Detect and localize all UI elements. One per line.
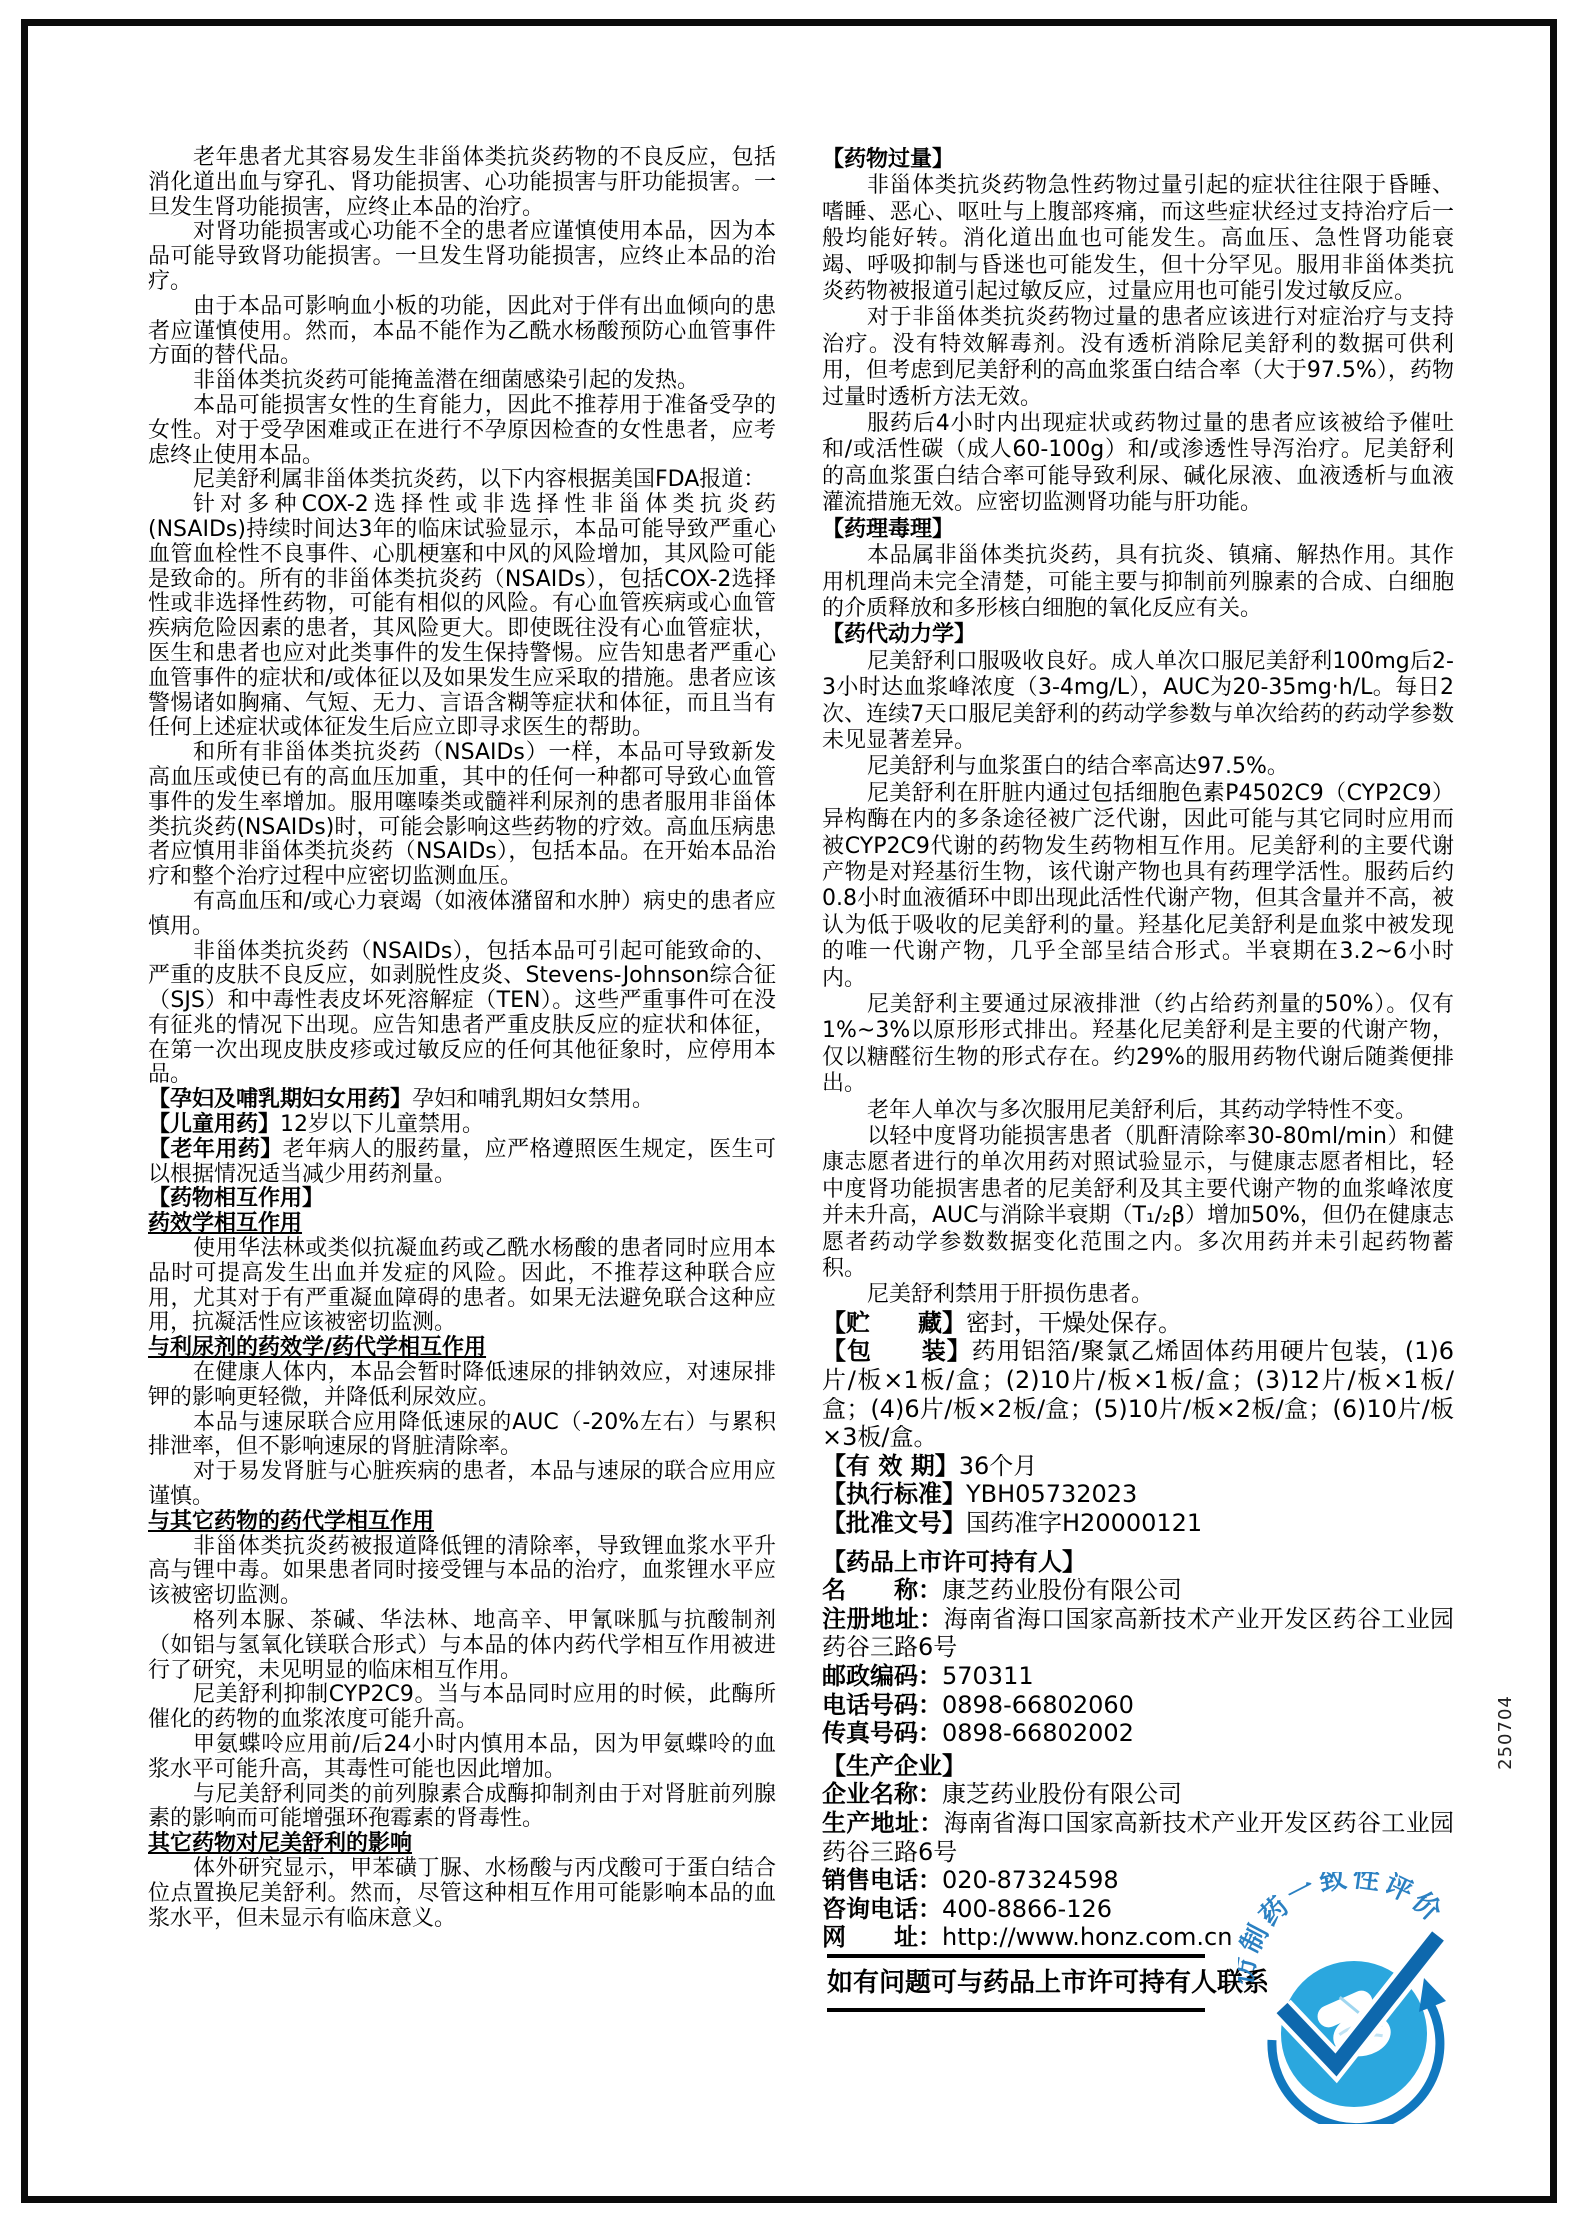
- paragraph: 尼美舒利属非甾体类抗炎药，以下内容根据美国FDA报道：: [148, 468, 776, 493]
- paragraph: 尼美舒利主要通过尿液排泄（约占给药剂量的50%）。仅有1%~3%以原形形式排出。…: [822, 992, 1454, 1098]
- subsection-other-drugs-interactions: 与其它药物的药代学相互作用: [148, 1510, 776, 1535]
- paragraph: 本品属非甾体类抗炎药，具有抗炎、镇痛、解热作用。其作用机理尚未完全清楚，可能主要…: [822, 543, 1454, 622]
- phone-label: 电话号码：: [822, 1691, 942, 1719]
- paragraph: 有高血压和/或心力衰竭（如液体潴留和水肿）病史的患者应慎用。: [148, 890, 776, 940]
- paragraph: 针对多种COX-2选择性或非选择性非甾体类抗炎药(NSAIDs)持续时间达3年的…: [148, 493, 776, 741]
- approval-number-label: 【批准文号】: [822, 1509, 966, 1537]
- subsection-pharmacodynamic-interactions: 药效学相互作用: [148, 1212, 776, 1237]
- batch-number: 250704: [1495, 1695, 1516, 1770]
- section-pharmacokinetics: 【药代动力学】: [822, 622, 1454, 648]
- approval-number-row: 【批准文号】国药准字H20000121: [822, 1509, 1454, 1538]
- section-manufacturer: 【生产企业】: [822, 1752, 1454, 1781]
- holder-name-label: 名 称：: [822, 1576, 942, 1604]
- paragraph: 尼美舒利禁用于肝损伤患者。: [822, 1282, 1454, 1308]
- fax-row: 传真号码：0898-66802002: [822, 1719, 1454, 1748]
- sales-phone-value: 020-87324598: [942, 1866, 1119, 1894]
- section-marketing-authorization-holder: 【药品上市许可持有人】: [822, 1548, 1454, 1577]
- holder-name-row: 名 称：康芝药业股份有限公司: [822, 1576, 1454, 1605]
- section-pharmacology-toxicology: 【药理毒理】: [822, 517, 1454, 543]
- manufacturer-name-label: 企业名称：: [822, 1780, 942, 1808]
- section-text: 孕妇和哺乳期妇女禁用。: [412, 1087, 654, 1112]
- section-pregnancy: 【孕妇及哺乳期妇女用药】孕妇和哺乳期妇女禁用。: [148, 1088, 776, 1113]
- website-label: 网 址：: [822, 1923, 942, 1951]
- standard-value: YBH05732023: [966, 1480, 1137, 1508]
- paragraph: 格列本脲、茶碱、华法林、地高辛、甲氰咪胍与抗酸制剂（如铝与氢氧化镁联合形式）与本…: [148, 1609, 776, 1683]
- shelf-life-row: 【有 效 期】36个月: [822, 1452, 1454, 1481]
- storage-value: 密封，干燥处保存。: [966, 1309, 1182, 1337]
- paragraph: 非甾体类抗炎药（NSAIDs），包括本品可引起可能致命的、严重的皮肤不良反应，如…: [148, 940, 776, 1089]
- paragraph: 尼美舒利与血浆蛋白的结合率高达97.5%。: [822, 754, 1454, 780]
- section-elderly: 【老年用药】老年病人的服药量，应严格遵照医生规定，医生可以根据情况适当减少用药剂…: [148, 1138, 776, 1188]
- packaging-label: 【包 装】: [822, 1337, 972, 1365]
- holder-address-label: 注册地址：: [822, 1605, 944, 1633]
- manufacturer-name-row: 企业名称：康芝药业股份有限公司: [822, 1780, 1454, 1809]
- standard-label: 【执行标准】: [822, 1480, 966, 1508]
- paragraph: 以轻中度肾功能损害患者（肌酐清除率30-80ml/min）和健康志愿者进行的单次…: [822, 1124, 1454, 1282]
- paragraph: 与尼美舒利同类的前列腺素合成酶抑制剂由于对肾脏前列腺素的影响而可能增强环孢霉素的…: [148, 1783, 776, 1833]
- paragraph: 老年患者尤其容易发生非甾体类抗炎药物的不良反应，包括消化道出血与穿孔、肾功能损害…: [148, 146, 776, 220]
- section-header: 【老年用药】: [148, 1137, 283, 1162]
- phone-value: 0898-66802060: [942, 1691, 1134, 1719]
- consistency-evaluation-logo: 仿制药一致性评价: [1238, 1872, 1470, 2124]
- paragraph: 由于本品可影响血小板的功能，因此对于伴有出血倾向的患者应谨慎使用。然而，本品不能…: [148, 295, 776, 369]
- contact-note-text: 如有问题可与药品上市许可持有人联系: [827, 1968, 1205, 1998]
- fax-label: 传真号码：: [822, 1719, 942, 1747]
- paragraph: 尼美舒利抑制CYP2C9。当与本品同时应用的时候，此酶所催化的药物的血浆浓度可能…: [148, 1683, 776, 1733]
- subsection-diuretics-interactions: 与利尿剂的药效学/药代学相互作用: [148, 1336, 776, 1361]
- section-header: 【孕妇及哺乳期妇女用药】: [148, 1087, 412, 1112]
- paragraph: 非甾体类抗炎药被报道降低锂的清除率，导致锂血浆水平升高与锂中毒。如果患者同时接受…: [148, 1535, 776, 1609]
- postal-code-value: 570311: [942, 1662, 1034, 1690]
- paragraph: 服药后4小时内出现症状或药物过量的患者应该被给予催吐和/或活性碳（成人60-10…: [822, 411, 1454, 517]
- approval-number-value: 国药准字H20000121: [966, 1509, 1202, 1537]
- paragraph: 对于非甾体类抗炎药物过量的患者应该进行对症治疗与支持治疗。没有特效解毒剂。没有透…: [822, 305, 1454, 411]
- manufacturer-name-value: 康芝药业股份有限公司: [942, 1780, 1182, 1808]
- manufacturer-address-row: 生产地址：海南省海口国家高新技术产业开发区药谷工业园药谷三路6号: [822, 1809, 1454, 1866]
- postal-code-label: 邮政编码：: [822, 1662, 942, 1690]
- postal-code-row: 邮政编码：570311: [822, 1662, 1454, 1691]
- divider: [827, 1954, 1205, 1958]
- subsection-effects-on-nimesulide: 其它药物对尼美舒利的影响: [148, 1832, 776, 1857]
- paragraph: 和所有非甾体类抗炎药（NSAIDs）一样，本品可导致新发高血压或使已有的高血压加…: [148, 741, 776, 890]
- paragraph: 本品与速尿联合应用降低速尿的AUC（-20%左右）与累积排泄率，但不影响速尿的肾…: [148, 1411, 776, 1461]
- paragraph: 对于易发肾脏与心脏疾病的患者，本品与速尿的联合应用应谨慎。: [148, 1460, 776, 1510]
- paragraph: 甲氨蝶呤应用前/后24小时内慎用本品，因为甲氨蝶呤的血浆水平可能升高，其毒性可能…: [148, 1733, 776, 1783]
- storage-row: 【贮 藏】密封，干燥处保存。: [822, 1309, 1454, 1338]
- shelf-life-label: 【有 效 期】: [822, 1452, 959, 1480]
- manufacturer-address-label: 生产地址：: [822, 1809, 944, 1837]
- paragraph: 使用华法林或类似抗凝血药或乙酰水杨酸的患者同时应用本品时可提高发生出血并发症的风…: [148, 1237, 776, 1336]
- paragraph: 在健康人体内，本品会暂时降低速尿的排钠效应，对速尿排钾的影响更轻微，并降低利尿效…: [148, 1361, 776, 1411]
- sales-phone-label: 销售电话：: [822, 1866, 942, 1894]
- packaging-row: 【包 装】药用铝箔/聚氯乙烯固体药用硬片包装，(1)6片/板×1板/盒；(2)1…: [822, 1337, 1454, 1451]
- paragraph: 尼美舒利在肝脏内通过包括细胞色素P4502C9（CYP2C9）异构酶在内的多条途…: [822, 781, 1454, 992]
- paragraph: 非甾体类抗炎药可能掩盖潜在细菌感染引起的发热。: [148, 369, 776, 394]
- paragraph: 本品可能损害女性的生育能力，因此不推荐用于准备受孕的女性。对于受孕困难或正在进行…: [148, 394, 776, 468]
- hotline-value: 400-8866-126: [942, 1895, 1112, 1923]
- paragraph: 对肾功能损害或心功能不全的患者应谨慎使用本品，因为本品可能导致肾功能损害。一旦发…: [148, 220, 776, 294]
- storage-label: 【贮 藏】: [822, 1309, 966, 1337]
- shelf-life-value: 36个月: [959, 1452, 1038, 1480]
- paragraph: 非甾体类抗炎药物急性药物过量引起的症状往往限于昏睡、嗜睡、恶心、呕吐与上腹部疼痛…: [822, 173, 1454, 305]
- website-value: http://www.honz.com.cn: [942, 1923, 1232, 1951]
- product-info-block: 【贮 藏】密封，干燥处保存。 【包 装】药用铝箔/聚氯乙烯固体药用硬片包装，(1…: [822, 1309, 1454, 1952]
- paragraph: 尼美舒利口服吸收良好。成人单次口服尼美舒利100mg后2-3小时达血浆峰浓度（3…: [822, 649, 1454, 755]
- left-column: 老年患者尤其容易发生非甾体类抗炎药物的不良反应，包括消化道出血与穿孔、肾功能损害…: [148, 146, 776, 1931]
- right-column: 【药物过量】 非甾体类抗炎药物急性药物过量引起的症状往往限于昏睡、嗜睡、恶心、呕…: [822, 147, 1454, 1952]
- paragraph: 老年人单次与多次服用尼美舒利后，其药动学特性不变。: [822, 1098, 1454, 1124]
- hotline-label: 咨询电话：: [822, 1895, 942, 1923]
- holder-address-row: 注册地址：海南省海口国家高新技术产业开发区药谷工业园药谷三路6号: [822, 1605, 1454, 1662]
- paragraph: 体外研究显示，甲苯磺丁脲、水杨酸与丙戊酸可于蛋白结合位点置换尼美舒利。然而，尽管…: [148, 1857, 776, 1931]
- holder-name-value: 康芝药业股份有限公司: [942, 1576, 1182, 1604]
- section-text: 12岁以下儿童禁用。: [280, 1112, 484, 1137]
- section-children: 【儿童用药】12岁以下儿童禁用。: [148, 1113, 776, 1138]
- section-drug-interactions: 【药物相互作用】: [148, 1187, 776, 1212]
- phone-row: 电话号码：0898-66802060: [822, 1691, 1454, 1720]
- contact-note: 如有问题可与药品上市许可持有人联系: [827, 1954, 1205, 2012]
- standard-row: 【执行标准】YBH05732023: [822, 1480, 1454, 1509]
- section-header: 【儿童用药】: [148, 1112, 280, 1137]
- divider: [827, 2008, 1205, 2012]
- fax-value: 0898-66802002: [942, 1719, 1134, 1747]
- leaflet-page: 老年患者尤其容易发生非甾体类抗炎药物的不良反应，包括消化道出血与穿孔、肾功能损害…: [0, 0, 1581, 2225]
- section-overdose: 【药物过量】: [822, 147, 1454, 173]
